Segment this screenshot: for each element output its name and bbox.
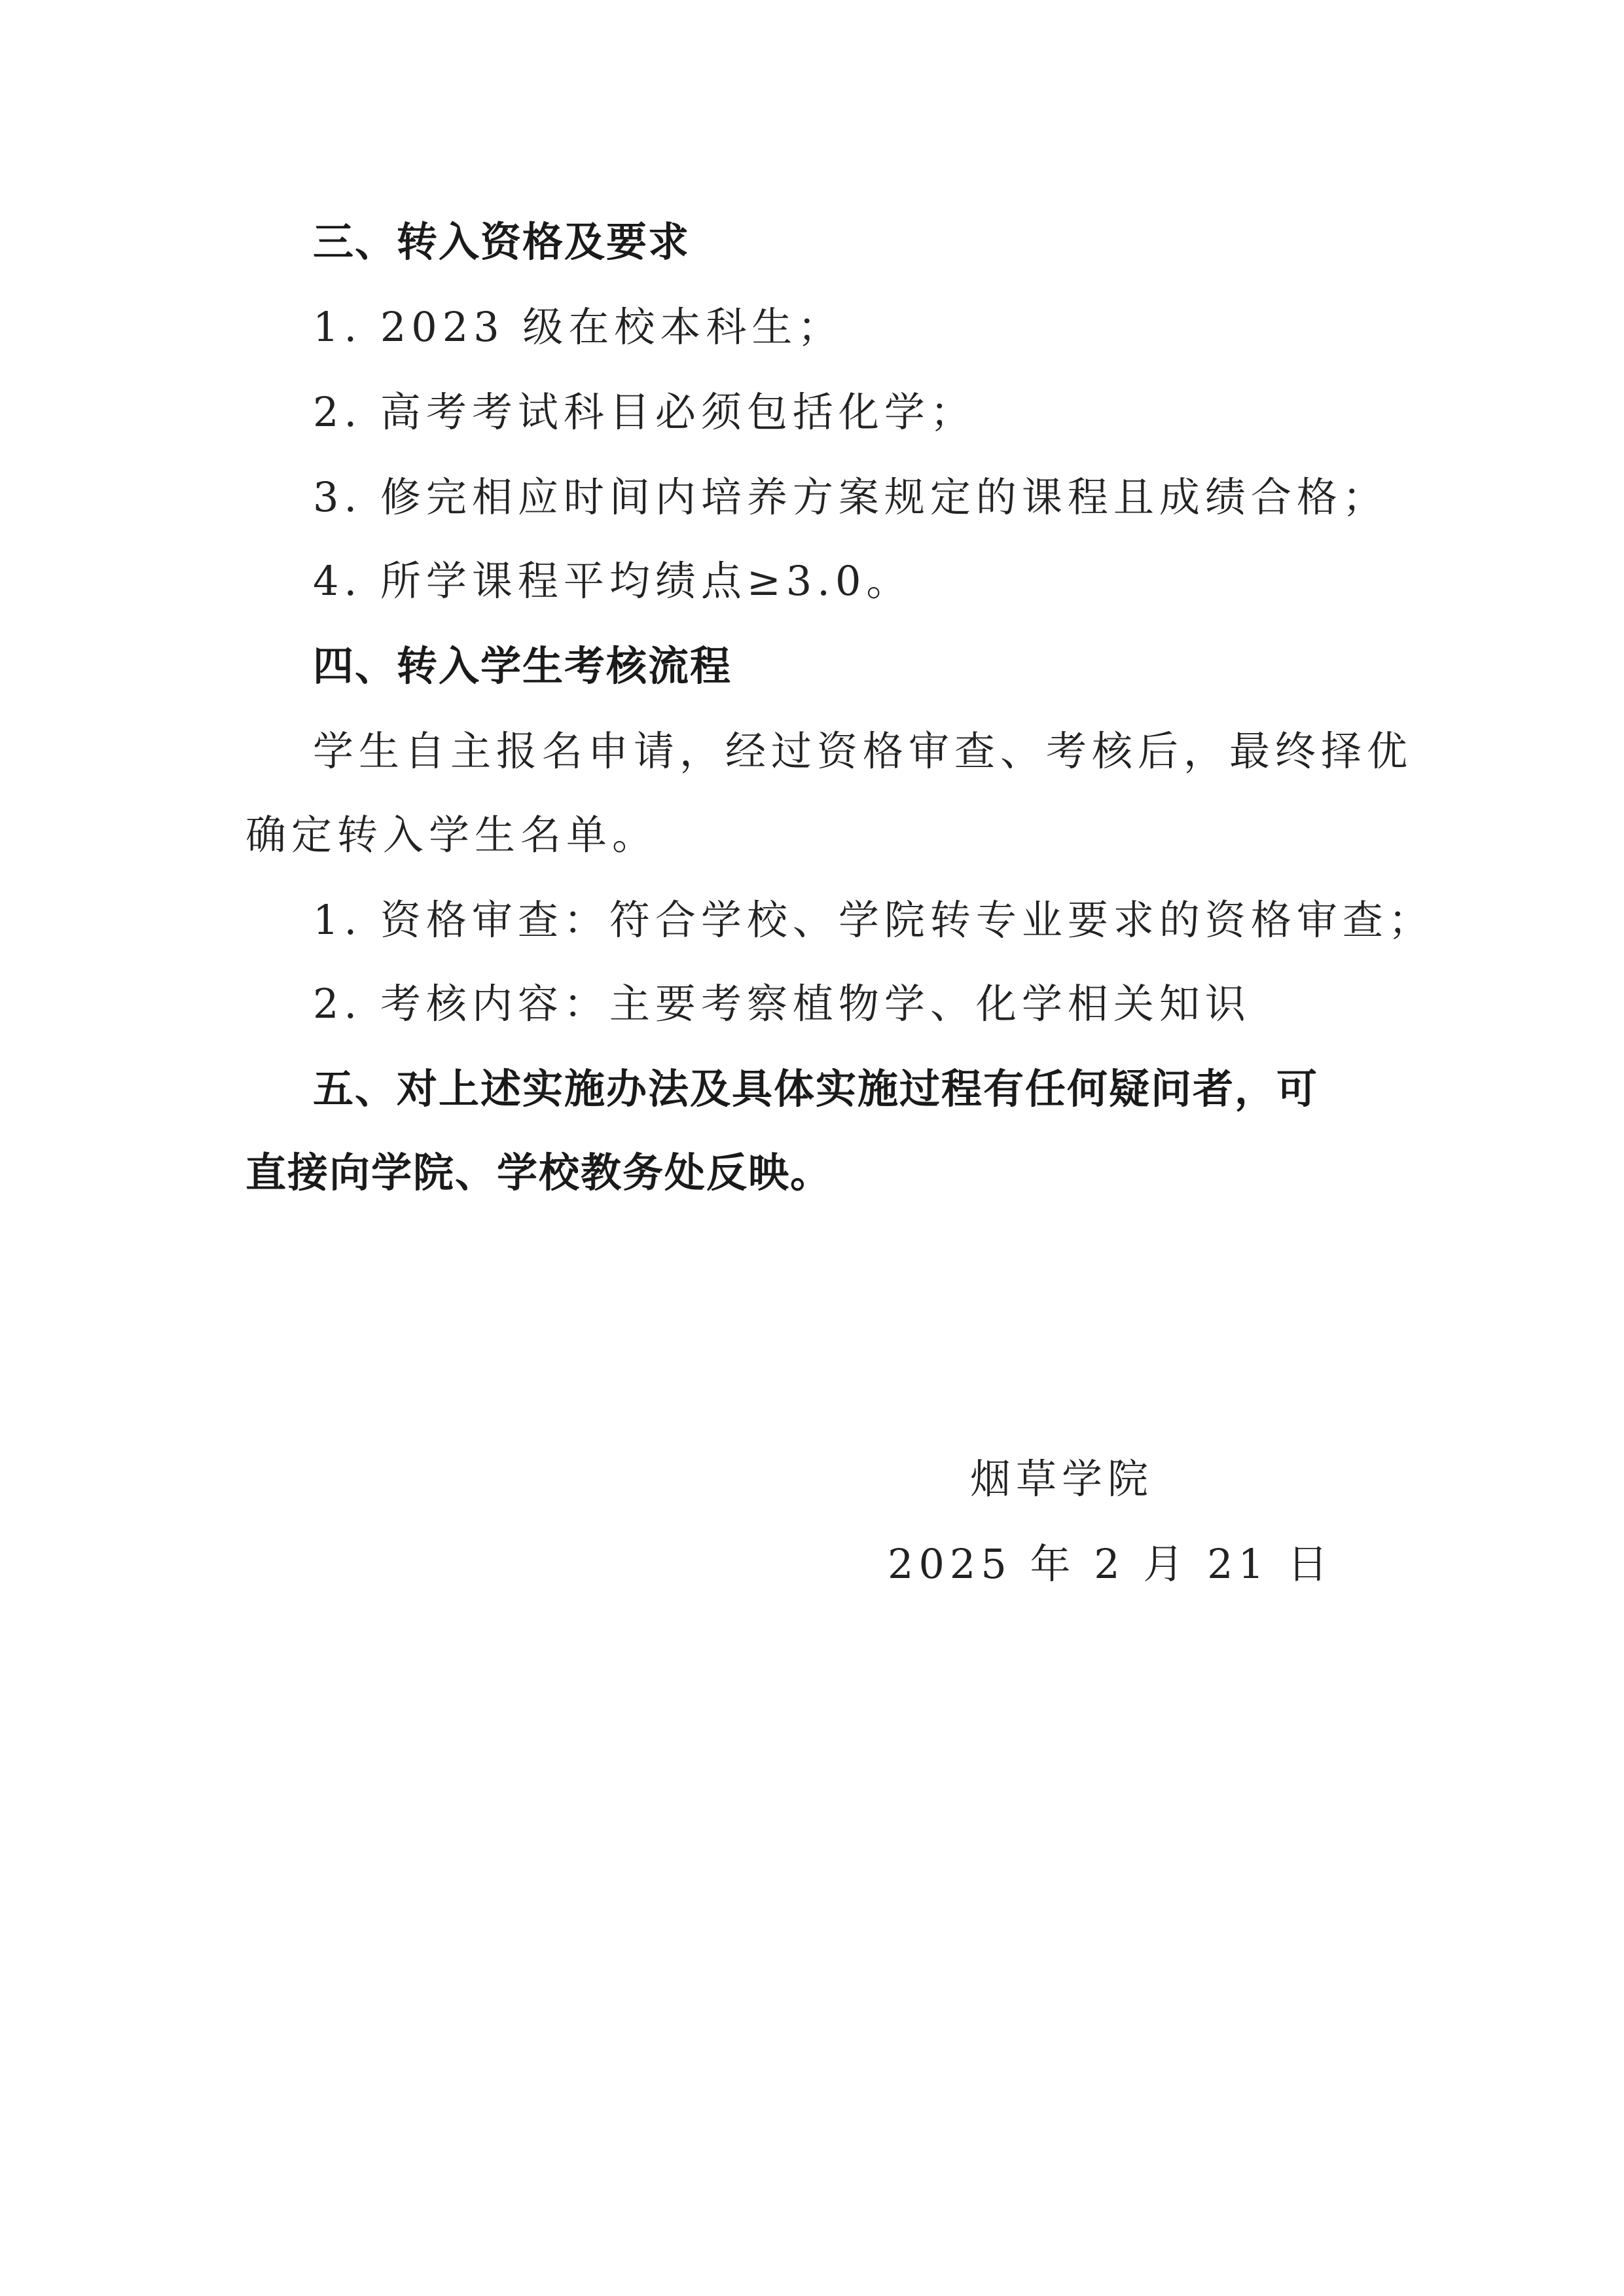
signature-organization: 烟草学院 [970,1453,1153,1505]
section-4-heading: 四、转入学生考核流程 [313,640,732,692]
section-3-item-1: 1. 2023 级在校本科生； [313,301,843,353]
section-5-line-1: 五、对上述实施办法及具体实施过程有任何疑问者，可 [313,1063,1318,1115]
section-4-intro-line-1: 学生自主报名申请，经过资格审查、考核后，最终择优 [313,725,1413,778]
section-4-item-1: 1. 资格审查：符合学校、学院转专业要求的资格审查； [313,894,1434,946]
section-3-item-3: 3. 修完相应时间内培养方案规定的课程且成绩合格； [313,471,1388,524]
section-4-intro-line-2: 确定转入学生名单。 [245,809,658,861]
section-3-item-4: 4. 所学课程平均绩点≥3.0。 [313,555,912,607]
document-page: 三、转入资格及要求 1. 2023 级在校本科生； 2. 高考考试科目必须包括化… [0,0,1624,2296]
section-3-heading: 三、转入资格及要求 [313,216,690,268]
section-5-line-2: 直接向学院、学校教务处反映。 [245,1147,832,1199]
signature-date: 2025 年 2 月 21 日 [888,1538,1333,1590]
section-4-item-2: 2. 考核内容：主要考察植物学、化学相关知识 [313,978,1251,1030]
section-3-item-2: 2. 高考考试科目必须包括化学； [313,386,976,439]
